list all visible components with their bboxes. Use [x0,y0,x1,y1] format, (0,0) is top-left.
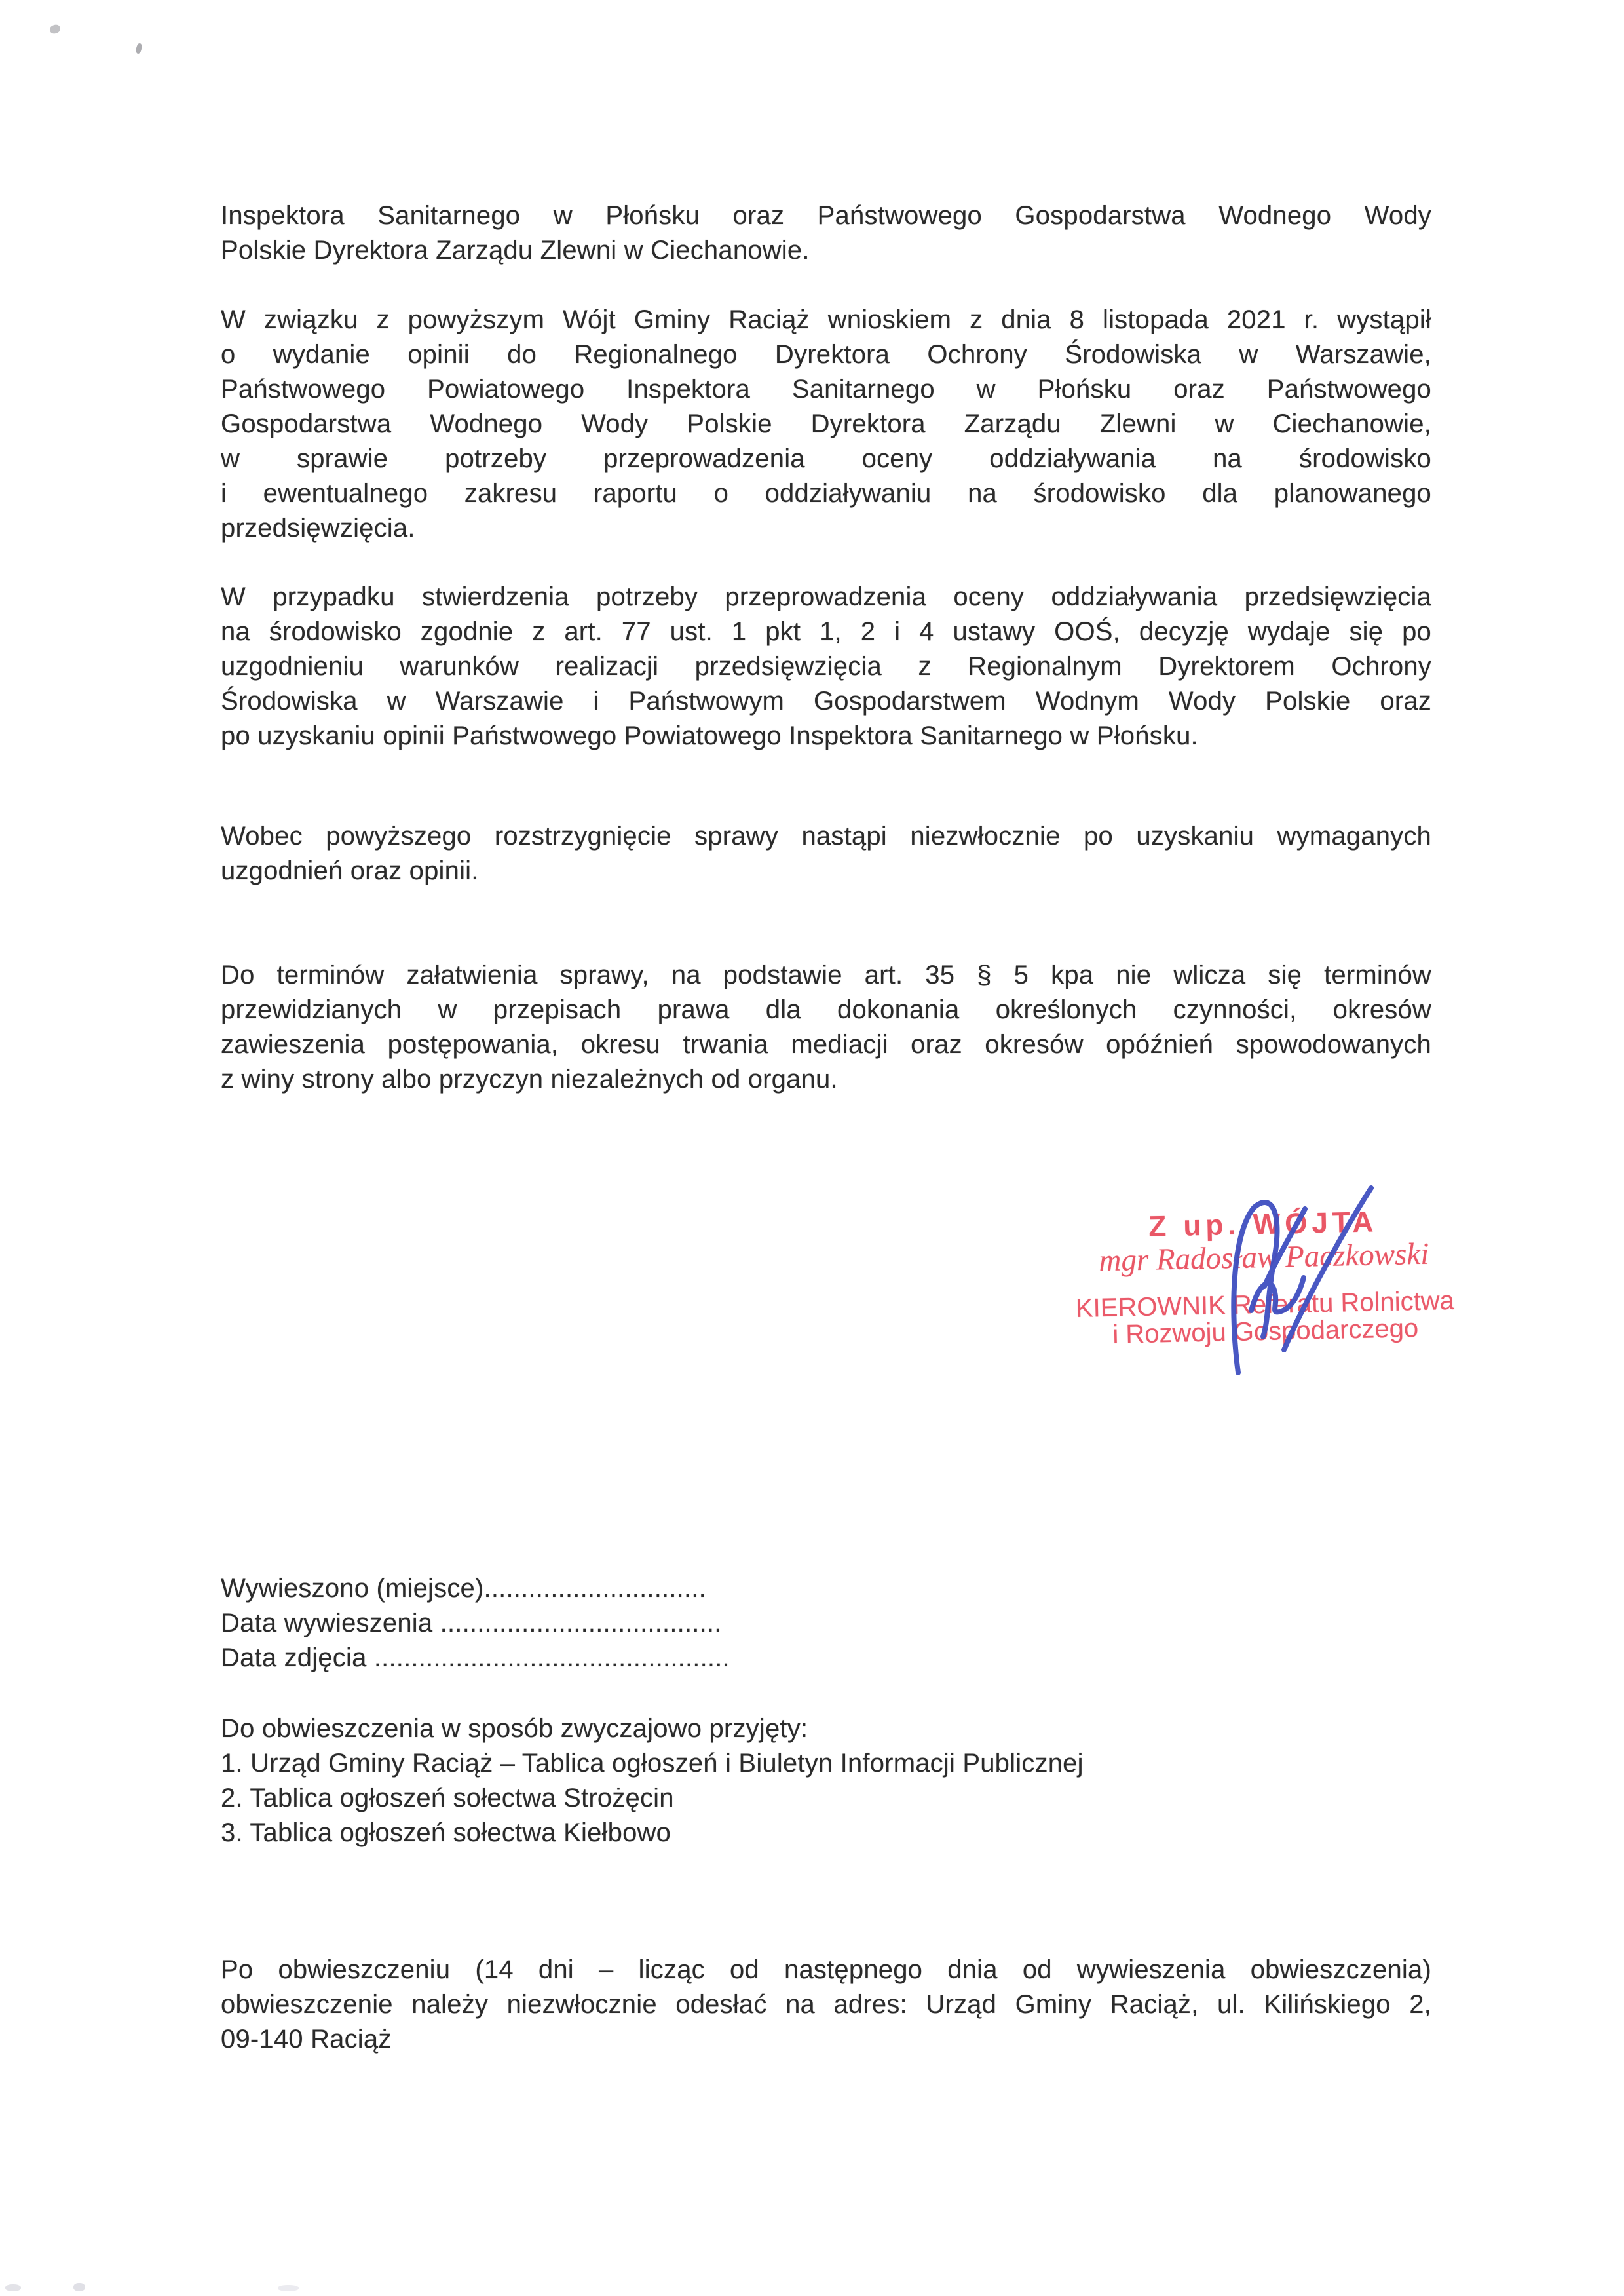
text-line: Gospodarstwa Wodnego Wody Polskie Dyrekt… [221,407,1431,442]
scan-artifact [278,2285,299,2291]
text-line: Państwowego Powiatowego Inspektora Sanit… [221,372,1431,407]
text-line: Inspektora Sanitarnego w Płońsku oraz Pa… [221,199,1431,233]
signature-graphic [1186,1176,1402,1392]
distribution-list: Do obwieszczenia w sposób zwyczajowo prz… [221,1712,1431,1850]
text-line: 3. Tablica ogłoszeń sołectwa Kiełbowo [221,1816,1431,1850]
text-line: 1. Urząd Gminy Raciąż – Tablica ogłoszeń… [221,1746,1431,1781]
text-line: Wywieszono (miejsce)....................… [221,1571,1431,1606]
text-line: uzgodnień oraz opinii. [221,854,1431,889]
scanned-document-page: { "page": { "background_color": "#ffffff… [0,0,1624,2296]
distribution-items: 1. Urząd Gminy Raciąż – Tablica ogłoszeń… [221,1746,1431,1850]
body-paragraph-5: Do terminów załatwienia sprawy, na podst… [221,958,1431,1097]
text-line: w sprawie potrzeby przeprowadzenia oceny… [221,442,1431,476]
text-line: Wobec powyższego rozstrzygnięcie sprawy … [221,819,1431,854]
text-line: W związku z powyższym Wójt Gminy Raciąż … [221,303,1431,337]
body-paragraph-3: W przypadku stwierdzenia potrzeby przepr… [221,580,1431,754]
scan-artifact [135,43,142,54]
text-line: Po obwieszczeniu (14 dni – licząc od nas… [221,1953,1431,1987]
text-line: uzgodnieniu warunków realizacji przedsię… [221,649,1431,684]
return-note: Po obwieszczeniu (14 dni – licząc od nas… [221,1953,1431,2057]
text-line: Data zdjęcia ...........................… [221,1641,1431,1675]
body-paragraph-1: Inspektora Sanitarnego w Płońsku oraz Pa… [221,199,1431,268]
text-line: o wydanie opinii do Regionalnego Dyrekto… [221,337,1431,372]
text-line: po uzyskaniu opinii Państwowego Powiatow… [221,719,1431,754]
signature-strokes [1234,1188,1371,1373]
text-line: z winy strony albo przyczyn niezależnych… [221,1062,1431,1097]
body-paragraph-2: W związku z powyższym Wójt Gminy Raciąż … [221,303,1431,546]
text-line: obwieszczenie należy niezwłocznie odesła… [221,1987,1431,2022]
text-line: i ewentualnego zakresu raportu o oddział… [221,476,1431,511]
posting-fields: Wywieszono (miejsce)....................… [221,1571,1431,1675]
distribution-header: Do obwieszczenia w sposób zwyczajowo prz… [221,1712,1431,1746]
text-line: W przypadku stwierdzenia potrzeby przepr… [221,580,1431,615]
text-line: zawieszenia postępowania, okresu trwania… [221,1027,1431,1062]
text-line: 09-140 Raciąż [221,2022,1431,2057]
text-line: Do terminów załatwienia sprawy, na podst… [221,958,1431,993]
text-line: Polskie Dyrektora Zarządu Zlewni w Ciech… [221,233,1431,268]
scan-artifact [73,2283,85,2291]
text-line: na środowisko zgodnie z art. 77 ust. 1 p… [221,615,1431,649]
body-paragraph-4: Wobec powyższego rozstrzygnięcie sprawy … [221,819,1431,889]
text-line: 2. Tablica ogłoszeń sołectwa Strożęcin [221,1781,1431,1816]
text-line: Data wywieszenia .......................… [221,1606,1431,1641]
text-line: Środowiska w Warszawie i Państwowym Gosp… [221,684,1431,719]
scan-artifact [48,24,61,35]
text-line: przedsięwzięcia. [221,511,1431,546]
text-line: przewidzianych w przepisach prawa dla do… [221,993,1431,1027]
scan-artifact [5,2284,21,2291]
